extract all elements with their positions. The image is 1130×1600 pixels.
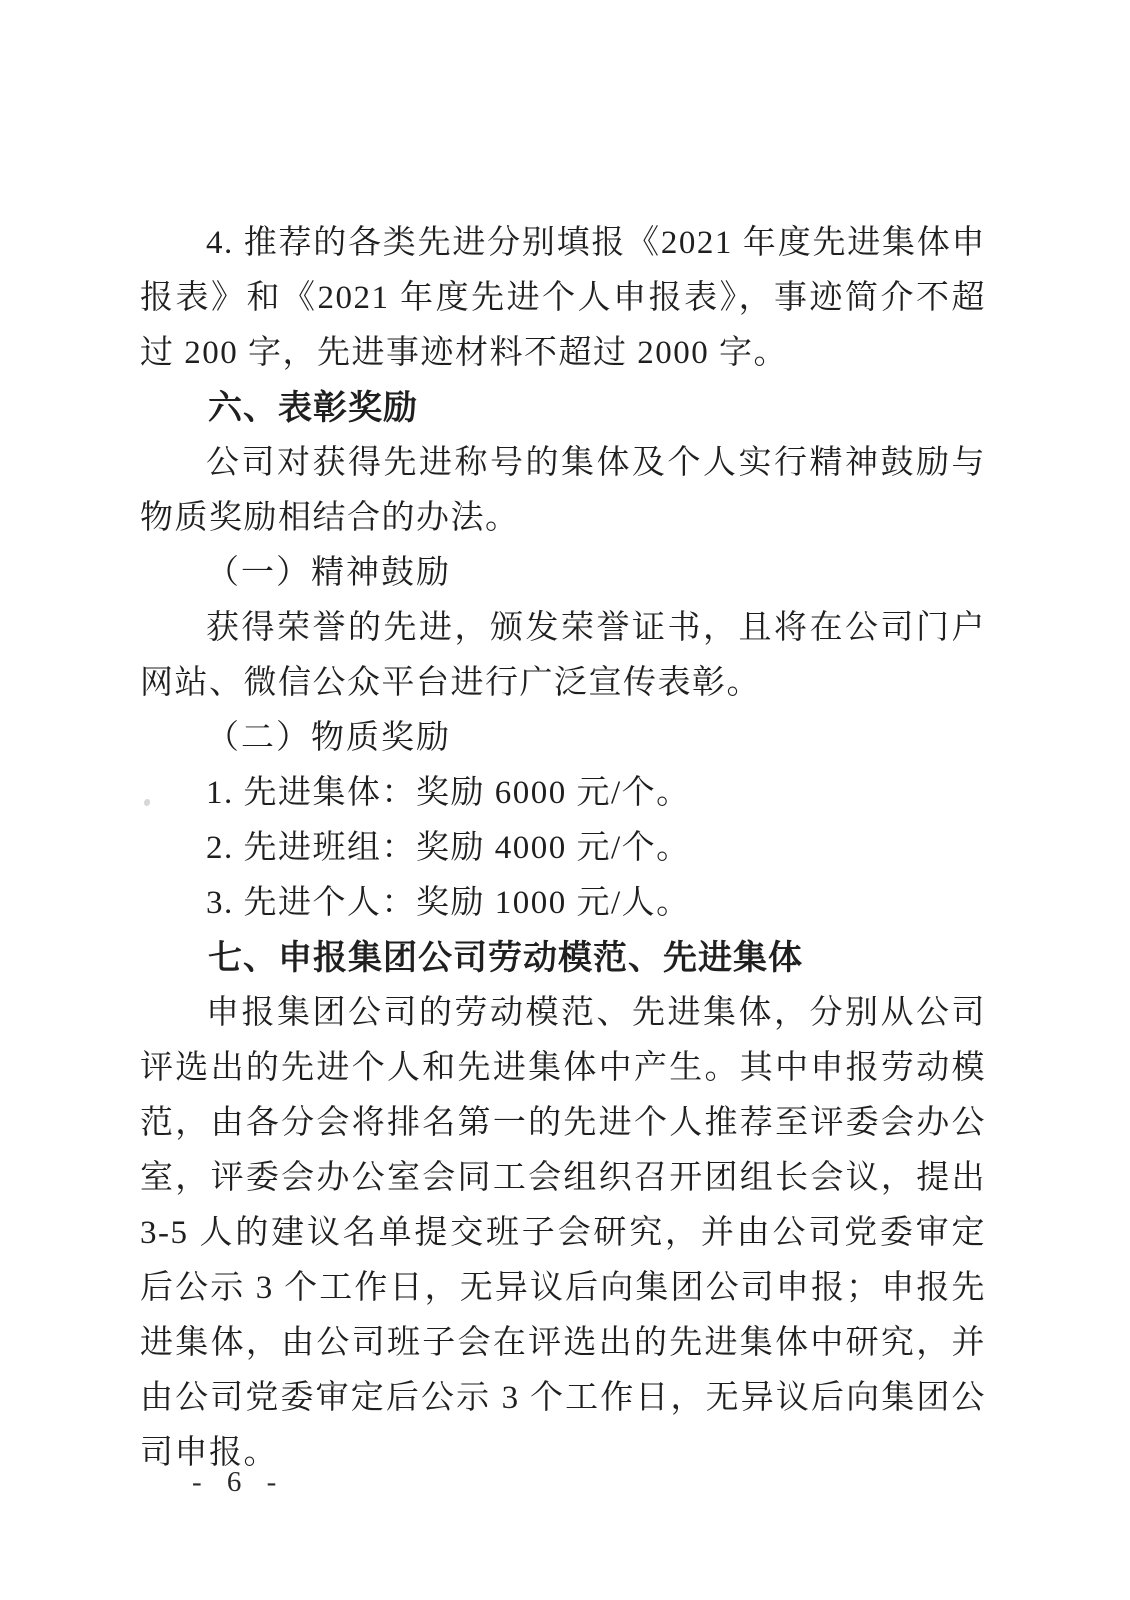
sub-section-heading: （二）物质奖励 — [140, 711, 986, 766]
document-body: 4. 推荐的各类先进分别填报《2021 年度先进集体申报表》和《2021 年度先… — [140, 216, 986, 1481]
section-heading: 六、表彰奖励 — [140, 381, 986, 436]
body-paragraph: 1. 先进集体：奖励 6000 元/个。 — [140, 766, 986, 821]
body-paragraph: 2. 先进班组：奖励 4000 元/个。 — [140, 821, 986, 876]
body-paragraph: 3. 先进个人：奖励 1000 元/人。 — [140, 876, 986, 931]
body-paragraph: 申报集团公司的劳动模范、先进集体，分别从公司评选出的先进个人和先进集体中产生。其… — [140, 986, 986, 1481]
page-number: - 6 - — [192, 1466, 285, 1499]
body-paragraph: 4. 推荐的各类先进分别填报《2021 年度先进集体申报表》和《2021 年度先… — [140, 216, 986, 381]
sub-section-heading: （一）精神鼓励 — [140, 546, 986, 601]
body-paragraph: 获得荣誉的先进，颁发荣誉证书，且将在公司门户网站、微信公众平台进行广泛宣传表彰。 — [140, 601, 986, 711]
section-heading: 七、申报集团公司劳动模范、先进集体 — [140, 931, 986, 986]
document-page: 4. 推荐的各类先进分别填报《2021 年度先进集体申报表》和《2021 年度先… — [0, 0, 1130, 1600]
body-paragraph: 公司对获得先进称号的集体及个人实行精神鼓励与物质奖励相结合的办法。 — [140, 436, 986, 546]
